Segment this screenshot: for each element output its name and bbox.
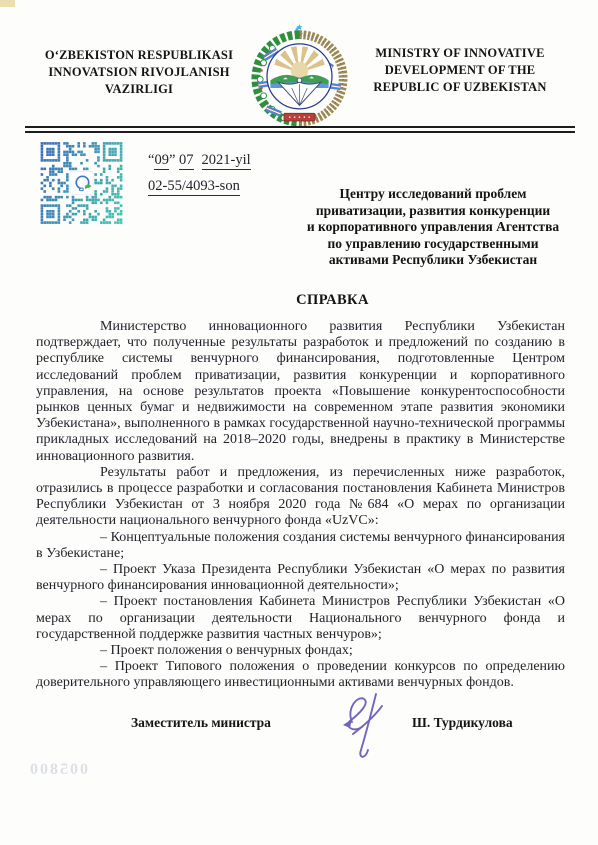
scan-corner-artifact [0, 0, 15, 7]
bleed-through-number: 005800 [28, 761, 88, 779]
list-item: – Концептуальные положения создания сист… [36, 530, 565, 562]
qr-code-icon [40, 142, 123, 224]
addressee-line: активами Республики Узбекистан [294, 252, 572, 269]
document-number: 02-55/4093-son [148, 178, 251, 195]
header-line: INNOVATSION RIVOJLANISH [30, 64, 248, 81]
body-paragraphs: Министерство инновационного развития Рес… [36, 319, 565, 530]
quote-close: ” [169, 152, 175, 168]
document-title: СПРАВКА [100, 292, 565, 309]
header-line: DEVELOPMENT OF THE [351, 62, 569, 79]
list-item: – Проект Указа Президента Республики Узб… [36, 562, 565, 594]
signer-position: Заместитель министра [131, 715, 271, 731]
document-date: “09” 072021-yil [148, 152, 251, 169]
body-paragraph: Министерство инновационного развития Рес… [36, 319, 565, 465]
list-item: – Проект постановления Кабинета Министро… [36, 594, 565, 643]
reference-block: “09” 072021-yil 02-55/4093-son [148, 152, 251, 204]
date-year: 2021-yil [202, 152, 251, 170]
signer-name: Ш. Турдикулова [412, 715, 513, 731]
header-line: O‘ZBEKISTON RESPUBLIKASI [30, 47, 248, 64]
addressee-line: по управлению государственными [294, 236, 572, 253]
list-item: – Проект Типового положения о проведении… [36, 659, 565, 691]
body-paragraph: Результаты работ и предложения, из переч… [36, 465, 565, 530]
ministry-name-uzbek: O‘ZBEKISTON RESPUBLIKASIINNOVATSION RIVO… [30, 47, 248, 98]
handwritten-signature [326, 692, 388, 762]
addressee-block: Центру исследований проблемприватизации,… [294, 186, 572, 269]
header-line: MINISTRY OF INNOVATIVE [351, 45, 569, 62]
date-day: 09 [154, 152, 169, 170]
date-month: 07 [179, 152, 194, 170]
list-item: – Проект положения о венчурных фондах; [36, 643, 565, 659]
uzbekistan-emblem-icon [251, 24, 348, 127]
document-body: Министерство инновационного развития Рес… [36, 319, 565, 692]
header-line: REPUBLIC OF UZBEKISTAN [351, 79, 569, 96]
body-list: – Концептуальные положения создания сист… [36, 530, 565, 692]
ministry-name-english: MINISTRY OF INNOVATIVEDEVELOPMENT OF THE… [351, 45, 569, 96]
addressee-line: приватизации, развития конкуренции [294, 203, 572, 220]
header-divider [25, 126, 575, 133]
header-line: VAZIRLIGI [30, 81, 248, 98]
addressee-line: и корпоративного управления Агентства [294, 219, 572, 236]
addressee-line: Центру исследований проблем [294, 186, 572, 203]
scanned-letter-page: O‘ZBEKISTON RESPUBLIKASIINNOVATSION RIVO… [0, 0, 598, 845]
